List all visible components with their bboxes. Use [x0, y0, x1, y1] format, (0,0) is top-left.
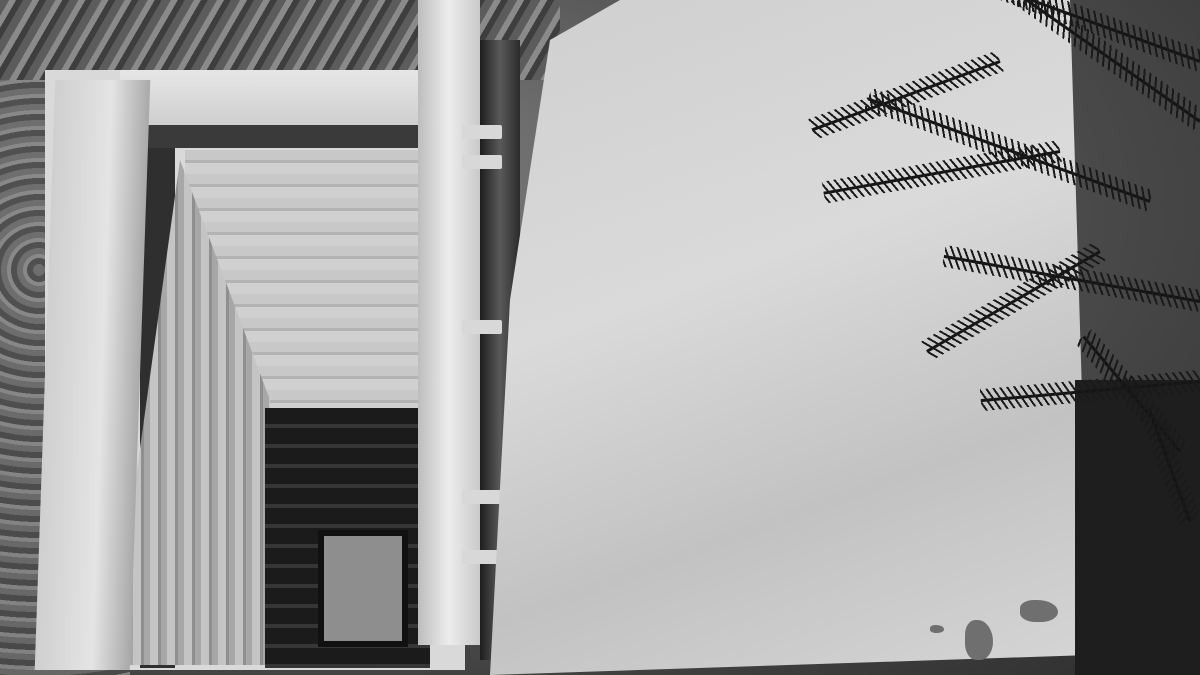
- hatch-lid: [490, 0, 1090, 675]
- lid-stain: [965, 620, 993, 660]
- hinge: [462, 550, 502, 564]
- lid-shadow: [1075, 380, 1200, 675]
- hinge: [462, 490, 502, 504]
- frame-top-board: [120, 70, 450, 125]
- hinge: [462, 125, 502, 139]
- hinge: [462, 320, 502, 334]
- inner-opening: [318, 530, 408, 647]
- hinge: [462, 155, 502, 169]
- lid-stain: [1020, 600, 1058, 622]
- photograph: [0, 0, 1200, 675]
- lid-stain: [930, 625, 944, 633]
